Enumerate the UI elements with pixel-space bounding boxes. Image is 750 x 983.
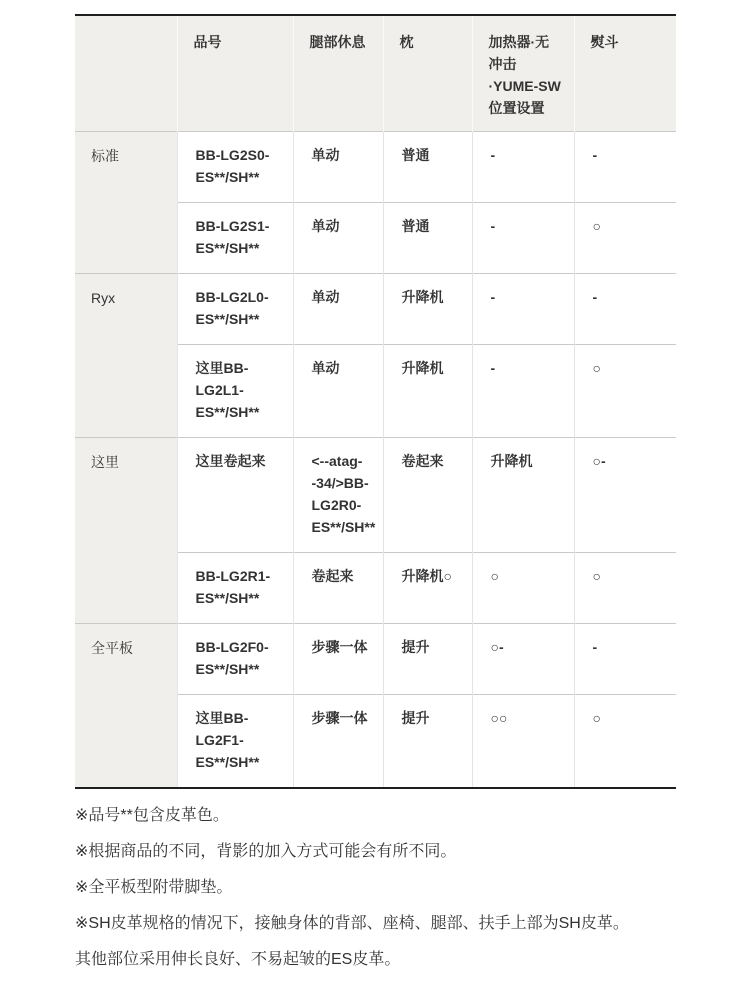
group-label-here: 这里 (75, 438, 177, 624)
header-iron: 熨斗 (574, 15, 676, 132)
cell-leg-rest: 单动 (293, 345, 383, 438)
table-row: Ryx BB-LG2L0- ES**/SH** 单动 升降机 - - (75, 274, 676, 345)
cell-iron: ○- (574, 438, 676, 553)
cell-iron: - (574, 132, 676, 203)
header-heater: 加热器·无 冲击 ·YUME-SW 位置设置 (472, 15, 574, 132)
cell-leg-rest: 单动 (293, 203, 383, 274)
group-label-ryx: Ryx (75, 274, 177, 438)
cell-iron: ○ (574, 695, 676, 789)
cell-leg-rest: 卷起来 (293, 553, 383, 624)
cell-product-no: BB-LG2R1- ES**/SH** (177, 553, 293, 624)
cell-heater: 升降机 (472, 438, 574, 553)
cell-pillow: 提升 (383, 624, 472, 695)
cell-product-no: BB-LG2L0- ES**/SH** (177, 274, 293, 345)
cell-iron: ○ (574, 345, 676, 438)
footnote: ※SH皮革规格的情况下，接触身体的背部、座椅、腿部、扶手上部为SH皮革。 (75, 906, 715, 942)
table-row: 标准 BB-LG2S0- ES**/SH** 单动 普通 - - (75, 132, 676, 203)
footnote: ※全平板型附带脚垫。 (75, 870, 715, 906)
cell-pillow: 提升 (383, 695, 472, 789)
cell-heater: ○○ (472, 695, 574, 789)
cell-pillow: 普通 (383, 203, 472, 274)
cell-leg-rest: 步骤一体 (293, 695, 383, 789)
cell-product-no: BB-LG2S0- ES**/SH** (177, 132, 293, 203)
cell-pillow: 普通 (383, 132, 472, 203)
cell-product-no: 这里BB- LG2F1- ES**/SH** (177, 695, 293, 789)
group-label-standard: 标准 (75, 132, 177, 274)
table-row: 全平板 BB-LG2F0- ES**/SH** 步骤一体 提升 ○- - (75, 624, 676, 695)
cell-heater: ○- (472, 624, 574, 695)
cell-iron: ○ (574, 553, 676, 624)
cell-heater: - (472, 274, 574, 345)
page: 品号 腿部休息 枕 加热器·无 冲击 ·YUME-SW 位置设置 熨斗 标准 B… (0, 0, 750, 983)
header-product-no: 品号 (177, 15, 293, 132)
cell-leg-rest: 步骤一体 (293, 624, 383, 695)
footnote: ※品号**包含皮革色。 (75, 798, 715, 834)
footnote: 其他部位采用伸长良好、不易起皱的ES皮革。 (75, 942, 715, 978)
cell-heater: ○ (472, 553, 574, 624)
product-spec-table: 品号 腿部休息 枕 加热器·无 冲击 ·YUME-SW 位置设置 熨斗 标准 B… (75, 14, 676, 789)
cell-iron: - (574, 274, 676, 345)
cell-leg-rest: 单动 (293, 132, 383, 203)
cell-leg-rest: 单动 (293, 274, 383, 345)
cell-leg-rest: <--atag- -34/>BB- LG2R0- ES**/SH** (293, 438, 383, 553)
cell-iron: - (574, 624, 676, 695)
cell-heater: - (472, 203, 574, 274)
table-row: 这里 这里卷起来 <--atag- -34/>BB- LG2R0- ES**/S… (75, 438, 676, 553)
cell-product-no: 这里BB- LG2L1- ES**/SH** (177, 345, 293, 438)
corner-cell (75, 15, 177, 132)
cell-pillow: 升降机○ (383, 553, 472, 624)
header-pillow: 枕 (383, 15, 472, 132)
cell-product-no: 这里卷起来 (177, 438, 293, 553)
cell-pillow: 升降机 (383, 274, 472, 345)
cell-iron: ○ (574, 203, 676, 274)
cell-pillow: 卷起来 (383, 438, 472, 553)
footnotes: ※品号**包含皮革色。 ※根据商品的不同，背影的加入方式可能会有所不同。 ※全平… (75, 798, 715, 978)
cell-pillow: 升降机 (383, 345, 472, 438)
cell-product-no: BB-LG2F0- ES**/SH** (177, 624, 293, 695)
footnote: ※根据商品的不同，背影的加入方式可能会有所不同。 (75, 834, 715, 870)
cell-product-no: BB-LG2S1- ES**/SH** (177, 203, 293, 274)
header-row: 品号 腿部休息 枕 加热器·无 冲击 ·YUME-SW 位置设置 熨斗 (75, 15, 676, 132)
group-label-full-flat: 全平板 (75, 624, 177, 789)
cell-heater: - (472, 132, 574, 203)
cell-heater: - (472, 345, 574, 438)
header-leg-rest: 腿部休息 (293, 15, 383, 132)
